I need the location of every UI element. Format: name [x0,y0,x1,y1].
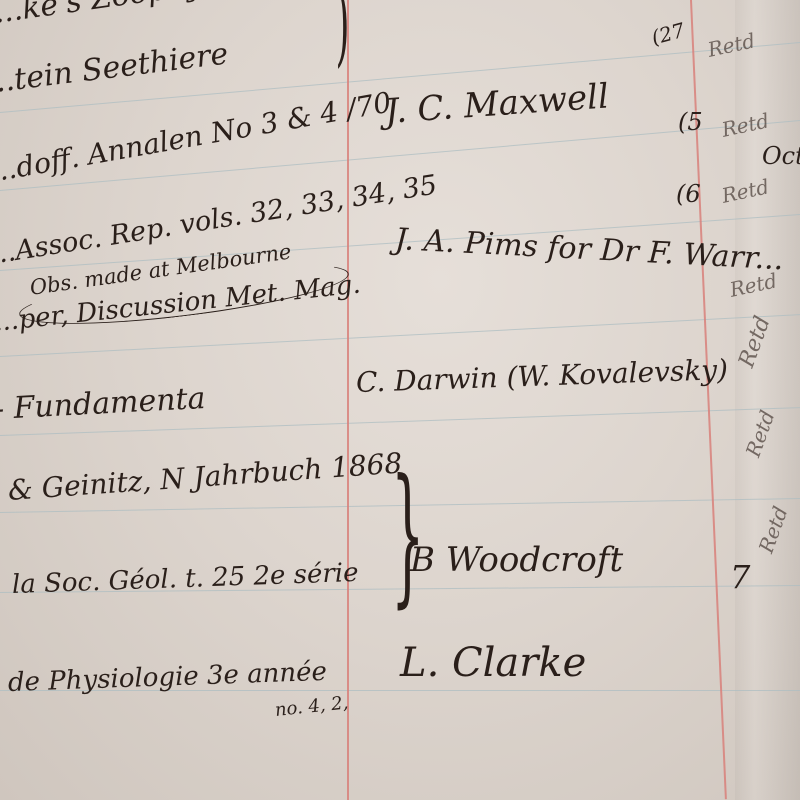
entry-title: la Soc. Géol. t. 25 2e série [11,558,359,600]
bracket: } [391,460,424,610]
borrower-name: L. Clarke [400,640,586,686]
borrower-name: B Woodcroft [410,540,623,580]
entry-title: ...ke's Zoophyt... [0,0,245,31]
month-fragment: Oct [762,142,800,170]
entry-annotation: no. 4, 2, [274,692,349,721]
borrower-ref: 7 [730,558,750,596]
ledger-page: ...ke's Zoophyt... ...tein Seethiere ...… [0,0,800,800]
borrower-name: C. Darwin (W. Kovalevsky) [355,353,728,399]
margin-number: (27 [649,18,687,50]
borrower-ref: (5 [678,108,703,136]
bracket: ) [336,0,350,70]
borrower-name: J. A. Pims for Dr F. Warr... [394,222,784,277]
entry-title: de Physiologie 3e année [7,657,327,698]
borrower-ref: (6 [676,180,701,208]
borrower-name: J. C. Maxwell [384,76,611,132]
entry-title: ...tein Seethiere [0,36,230,100]
entry-title: - Fundamenta [0,381,206,427]
entry-title: & Geinitz, N Jahrbuch 1868 [7,446,403,506]
